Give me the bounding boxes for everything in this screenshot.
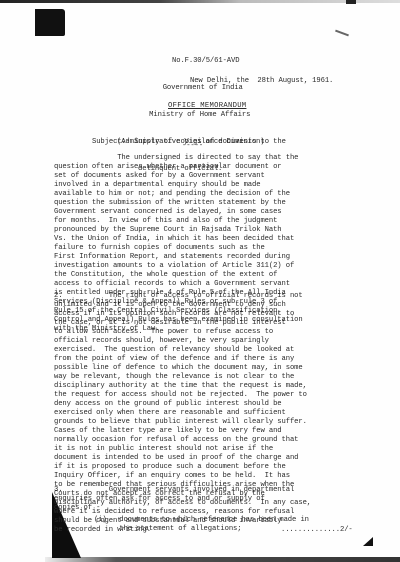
text-line: failure to furnish copies of documents s… [54,244,364,253]
text-line: from the point of view of the defence an… [54,355,364,364]
text-line: the case, or it is not desirable in the … [54,319,364,328]
text-line: Cases of the latter type are likely to b… [54,427,364,436]
scanned-page: No.F.30/5/61-AVD Government of India Min… [0,0,400,562]
text-line: the request for access should not be rej… [54,391,364,400]
subject-line-1: Supply of copies of documents to the [134,138,286,146]
paragraph-3: 3. Government servants involved in depar… [54,486,364,513]
scan-top-edge [0,0,400,3]
text-line: if it is proposed to produce such a docu… [54,463,364,472]
text-line: investigation amounts to a violation of … [54,262,364,271]
text-line: Vs. the Union of India, in which it has … [54,235,364,244]
reference-number: No.F.30/5/61-AVD [133,57,264,66]
text-line: 2. The right of access to official recor… [54,292,364,301]
text-line: set of documents asked for by a Governme… [54,172,364,181]
memo-title: OFFICE MEMORANDUM [168,102,246,111]
date-line: New Delhi, the 28th August, 1961. [190,77,333,86]
text-line: enquiries often ask for access to and or… [54,495,364,504]
text-line: Inquiry Officer, if an enquiry comes to … [54,472,364,481]
text-line: official records should, however, be ver… [54,337,364,346]
subject-label: Subject:- [92,138,130,146]
text-line: Government servant concerned is delayed,… [54,208,364,217]
text-line: 3. Government servants involved in depar… [54,486,364,495]
text-line: normally occasion for refusal of access … [54,436,364,445]
text-line: The undersigned is directed to say that … [54,154,364,163]
subject-divider: ----- [182,142,203,151]
scan-artifact-corner [360,535,376,547]
text-line: copies of - [54,504,364,513]
scan-bottom-edge [45,557,400,562]
page-continuation: ..............2/- [281,526,353,535]
text-line: grounds to believe that public interest … [54,418,364,427]
text-line: question the submission of the written s… [54,199,364,208]
scan-artifact-mark [346,0,356,4]
text-line: it is not in public interest should not … [54,445,364,454]
text-line: (i) documents to which reference has bee… [94,516,309,525]
text-line: exercised. The question of relevancy sho… [54,346,364,355]
text-line: disciplinary authority at the time that … [54,382,364,391]
text-line: way be relevant, though the relevance is… [54,373,364,382]
text-line: pronounced by the Supreme Court in Rajsa… [54,226,364,235]
text-line: available to him or not; and pending the… [54,190,364,199]
scan-artifact-mark [335,30,349,37]
text-line: access if in its opinion such records ar… [54,310,364,319]
text-line: access to official records to which a Go… [54,280,364,289]
text-line: First Information Report, and statements… [54,253,364,262]
list-item-i: (i) documents to which reference has bee… [94,516,309,534]
text-line: the statement of allegations; [94,525,309,534]
text-line: for months. In view of this and also of … [54,217,364,226]
text-line: involved in a departmental enquiry shoul… [54,181,364,190]
scan-artifact-blot [35,9,65,36]
text-line: the Constitution, the whole question of … [54,271,364,280]
text-line: exercised only when there are reasonable… [54,409,364,418]
text-line: deny access on the ground of public inte… [54,400,364,409]
text-line: to allow such access. The power to refus… [54,328,364,337]
ministry-name: Ministry of Home Affairs [133,111,264,120]
text-line: possible line of defence to which the do… [54,364,364,373]
text-line: question often arises whether a particul… [54,163,364,172]
text-line: document is intended to be used in proof… [54,454,364,463]
text-line: unlimited and it is open to the Governme… [54,301,364,310]
